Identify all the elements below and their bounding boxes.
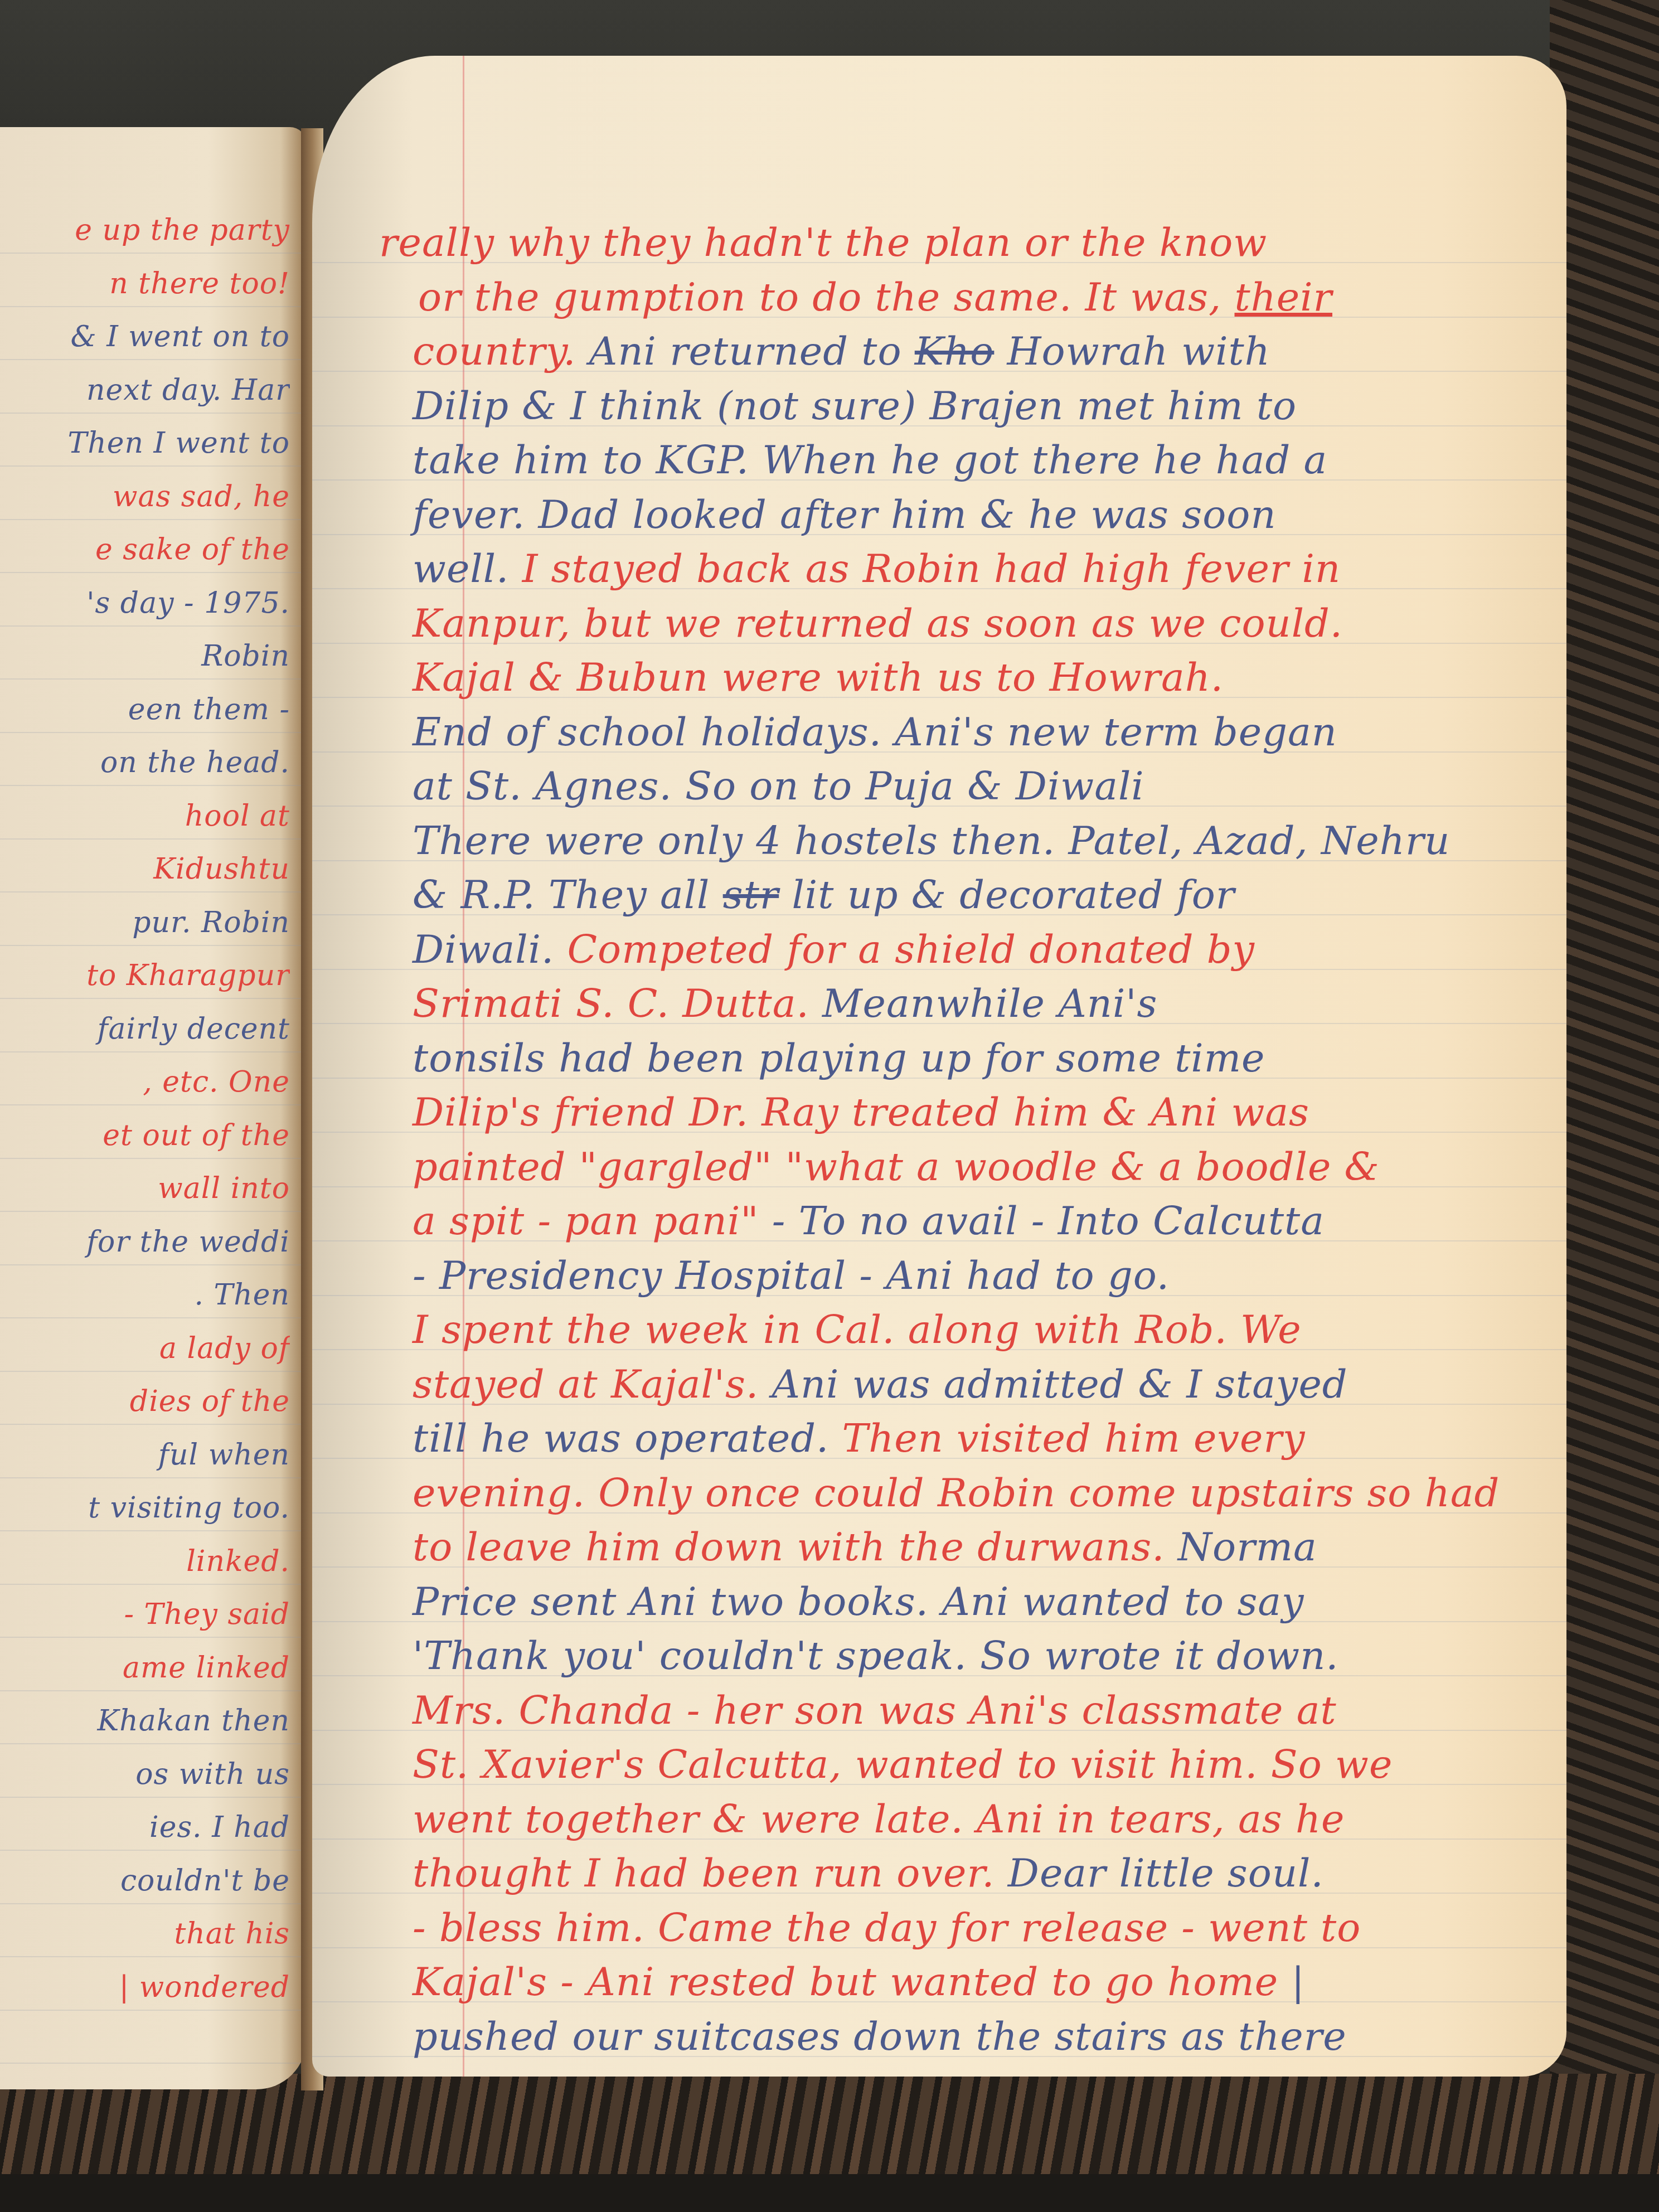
handwritten-line: - They said bbox=[0, 1598, 290, 1631]
blue-ink-text: take him to KGP. When he got there he ha… bbox=[413, 437, 1327, 483]
handwritten-line: thought I had been run over. Dear little… bbox=[413, 1848, 1555, 1898]
red-ink-text: Srimati S. C. Dutta. bbox=[413, 981, 822, 1026]
handwritten-line: wall into bbox=[0, 1172, 290, 1205]
handwritten-line: that his bbox=[0, 1917, 290, 1951]
handwritten-line: I spent the week in Cal. along with Rob.… bbox=[413, 1304, 1555, 1355]
ruled-line bbox=[0, 1530, 307, 1531]
blue-ink-text: | bbox=[1292, 1959, 1306, 2005]
handwritten-line: et out of the bbox=[0, 1119, 290, 1152]
handwritten-line: 'Thank you' couldn't speak. So wrote it … bbox=[413, 1631, 1555, 1681]
handwritten-line: was sad, he bbox=[0, 480, 290, 513]
handwritten-line: stayed at Kajal's. Ani was admitted & I … bbox=[413, 1359, 1555, 1409]
red-ink-text: evening. Only once could Robin come upst… bbox=[413, 1470, 1500, 1516]
ruled-line bbox=[0, 1584, 307, 1585]
handwritten-line: painted "gargled" "what a woodle & a boo… bbox=[413, 1142, 1555, 1192]
ruled-line bbox=[0, 1850, 307, 1851]
handwritten-line: a spit - pan pani" - To no avail - Into … bbox=[413, 1196, 1555, 1246]
handwritten-line: evening. Only once could Robin come upst… bbox=[413, 1468, 1555, 1518]
background-shadow bbox=[0, 2174, 1659, 2212]
handwritten-line: Kajal's - Ani rested but wanted to go ho… bbox=[413, 1957, 1555, 2007]
blue-ink-text: Howrah with bbox=[994, 328, 1270, 374]
ruled-line bbox=[0, 732, 307, 733]
blue-ink-text: fever. Dad looked after him & he was soo… bbox=[413, 492, 1277, 537]
ruled-line bbox=[0, 465, 307, 467]
red-ink-text: country. bbox=[413, 328, 589, 374]
ruled-line bbox=[0, 945, 307, 946]
handwritten-line: at St. Agnes. So on to Puja & Diwali bbox=[413, 761, 1555, 811]
red-ink-text: painted "gargled" "what a woodle & a boo… bbox=[413, 1144, 1380, 1190]
blue-ink-text: - Presidency Hospital - Ani had to go. bbox=[413, 1253, 1170, 1298]
handwritten-line: ame linked bbox=[0, 1651, 290, 1685]
handwritten-line: Srimati S. C. Dutta. Meanwhile Ani's bbox=[413, 978, 1555, 1029]
handwritten-line: take him to KGP. When he got there he ha… bbox=[413, 435, 1555, 485]
handwritten-line: or the gumption to do the same. It was, … bbox=[418, 272, 1561, 322]
handwritten-line: - Presidency Hospital - Ani had to go. bbox=[413, 1250, 1555, 1301]
handwritten-line: Then I went to bbox=[0, 426, 290, 460]
blue-ink-text: Dilip & I think (not sure) Brajen met hi… bbox=[413, 383, 1297, 429]
handwritten-line: Robin bbox=[0, 639, 290, 673]
red-ink-text: their bbox=[1235, 274, 1333, 320]
handwritten-line: , etc. One bbox=[0, 1065, 290, 1099]
handwritten-line: There were only 4 hostels then. Patel, A… bbox=[413, 816, 1555, 866]
handwritten-line: Kanpur, but we returned as soon as we co… bbox=[413, 598, 1555, 648]
blue-ink-text: str bbox=[723, 872, 779, 918]
blue-ink-text: & R.P. They all bbox=[413, 872, 723, 918]
handwritten-line: - bless him. Came the day for release - … bbox=[413, 1903, 1555, 1953]
ruled-line bbox=[0, 1051, 307, 1052]
handwritten-line: for the weddi bbox=[0, 1225, 290, 1259]
blue-ink-text: well. bbox=[413, 546, 522, 591]
ruled-line bbox=[0, 891, 307, 892]
ruled-line bbox=[0, 1424, 307, 1425]
red-ink-text: Competed for a shield donated by bbox=[567, 926, 1255, 972]
ruled-line bbox=[0, 2010, 307, 2011]
handwritten-line: tonsils had been playing up for some tim… bbox=[413, 1033, 1555, 1083]
handwritten-line: ful when bbox=[0, 1438, 290, 1472]
red-ink-text: to leave him down with the durwans. bbox=[413, 1524, 1178, 1570]
handwritten-line: . Then bbox=[0, 1278, 290, 1312]
ruled-line bbox=[0, 1158, 307, 1159]
ruled-line bbox=[0, 2063, 307, 2064]
handwritten-line: & I went on to bbox=[0, 320, 290, 353]
ruled-line bbox=[0, 678, 307, 680]
ruled-line bbox=[0, 838, 307, 840]
handwritten-line: Mrs. Chanda - her son was Ani's classmat… bbox=[413, 1685, 1555, 1735]
blue-ink-text: There were only 4 hostels then. Patel, A… bbox=[413, 818, 1450, 864]
handwritten-line: a lady of bbox=[0, 1332, 290, 1365]
red-ink-text: a spit - pan pani" bbox=[413, 1198, 772, 1244]
ruled-line bbox=[0, 1743, 307, 1744]
handwritten-line: e up the party bbox=[0, 214, 290, 247]
handwritten-line: Price sent Ani two books. Ani wanted to … bbox=[413, 1576, 1555, 1627]
handwritten-line: well. I stayed back as Robin had high fe… bbox=[413, 544, 1555, 594]
red-ink-text: or the gumption to do the same. It was, bbox=[418, 274, 1235, 320]
handwritten-line: os with us bbox=[0, 1758, 290, 1791]
ruled-line bbox=[0, 253, 307, 254]
ruled-line bbox=[0, 1690, 307, 1691]
ruled-line bbox=[0, 359, 307, 360]
blue-ink-text: Meanwhile Ani's bbox=[822, 981, 1158, 1026]
handwritten-line: End of school holidays. Ani's new term b… bbox=[413, 707, 1555, 757]
ruled-line bbox=[0, 785, 307, 786]
left-page: e up the partyn there too!& I went on to… bbox=[0, 127, 307, 2089]
ruled-line bbox=[0, 1211, 307, 1212]
red-ink-text: went together & were late. Ani in tears,… bbox=[413, 1796, 1345, 1842]
ruled-line bbox=[0, 1637, 307, 1638]
red-ink-text: really why they hadn't the plan or the k… bbox=[379, 220, 1267, 265]
blue-ink-text: Diwali. bbox=[413, 926, 567, 972]
handwritten-line: pushed our suitcases down the stairs as … bbox=[413, 2011, 1555, 2061]
handwritten-line: | wondered bbox=[0, 1971, 290, 2004]
ruled-line bbox=[0, 519, 307, 520]
handwritten-line: t visiting too. bbox=[0, 1491, 290, 1525]
handwritten-line: Diwali. Competed for a shield donated by bbox=[413, 924, 1555, 974]
handwritten-line: to leave him down with the durwans. Norm… bbox=[413, 1522, 1555, 1572]
ruled-line bbox=[0, 306, 307, 307]
ruled-line bbox=[0, 572, 307, 573]
blue-ink-text: till he was operated. bbox=[413, 1415, 842, 1461]
handwritten-line: linked. bbox=[0, 1545, 290, 1578]
red-ink-text: Kajal & Bubun were with us to Howrah. bbox=[413, 654, 1224, 700]
handwritten-line: dies of the bbox=[0, 1385, 290, 1418]
handwritten-line: een them - bbox=[0, 693, 290, 726]
blue-ink-text: lit up & decorated for bbox=[779, 872, 1235, 918]
handwritten-line: fever. Dad looked after him & he was soo… bbox=[413, 489, 1555, 540]
red-ink-text: Kajal's - Ani rested but wanted to go ho… bbox=[413, 1959, 1292, 2005]
handwritten-line: St. Xavier's Calcutta, wanted to visit h… bbox=[413, 1739, 1555, 1789]
handwritten-line: Khakan then bbox=[0, 1704, 290, 1738]
handwritten-line: fairly decent bbox=[0, 1012, 290, 1046]
handwritten-line: country. Ani returned to Kho Howrah with bbox=[413, 326, 1555, 376]
handwritten-line: Kajal & Bubun were with us to Howrah. bbox=[413, 652, 1555, 702]
handwritten-line: couldn't be bbox=[0, 1864, 290, 1898]
ruled-line bbox=[0, 625, 307, 627]
handwritten-line: 's day - 1975. bbox=[0, 586, 290, 620]
ruled-line bbox=[0, 1903, 307, 1904]
ruled-line bbox=[0, 1371, 307, 1372]
blue-ink-text: 'Thank you' couldn't speak. So wrote it … bbox=[413, 1633, 1339, 1679]
handwritten-line: ies. I had bbox=[0, 1811, 290, 1844]
handwritten-line: n there too! bbox=[0, 267, 290, 300]
red-ink-text: Kanpur, but we returned as soon as we co… bbox=[413, 600, 1343, 646]
blue-ink-text: tonsils had been playing up for some tim… bbox=[413, 1035, 1265, 1081]
red-ink-text: thought I had been run over. bbox=[413, 1850, 1008, 1896]
blue-ink-text: Norma bbox=[1178, 1524, 1317, 1570]
red-ink-text: Dilip's friend Dr. Ray treated him & Ani… bbox=[413, 1089, 1309, 1135]
red-ink-text: St. Xavier's Calcutta, wanted to visit h… bbox=[413, 1742, 1393, 1787]
ruled-line bbox=[0, 1317, 307, 1318]
handwritten-line: on the head. bbox=[0, 746, 290, 779]
blue-ink-text: Ani was admitted & I stayed bbox=[772, 1361, 1347, 1407]
blue-ink-text: pushed our suitcases down the stairs as … bbox=[413, 2014, 1347, 2059]
red-ink-text: stayed at Kajal's. bbox=[413, 1361, 772, 1407]
ruled-line bbox=[0, 998, 307, 999]
handwritten-line: Dilip & I think (not sure) Brajen met hi… bbox=[413, 381, 1555, 431]
handwritten-line: hool at bbox=[0, 799, 290, 833]
blue-ink-text: Dear little soul. bbox=[1008, 1850, 1324, 1896]
red-ink-text: I spent the week in Cal. along with Rob.… bbox=[413, 1307, 1302, 1352]
handwritten-line: Dilip's friend Dr. Ray treated him & Ani… bbox=[413, 1087, 1555, 1137]
red-ink-text: Mrs. Chanda - her son was Ani's classmat… bbox=[413, 1687, 1337, 1733]
handwritten-line: really why they hadn't the plan or the k… bbox=[379, 217, 1522, 268]
handwritten-line: next day. Har bbox=[0, 373, 290, 407]
red-ink-text: I stayed back as Robin had high fever in bbox=[522, 546, 1341, 591]
red-ink-text: - bless him. Came the day for release - … bbox=[413, 1905, 1361, 1951]
blue-ink-text: Kho bbox=[915, 328, 995, 374]
blue-ink-text: - To no avail - Into Calcutta bbox=[772, 1198, 1325, 1244]
handwritten-line: & R.P. They all str lit up & decorated f… bbox=[413, 870, 1555, 920]
blue-ink-text: Ani returned to bbox=[589, 328, 915, 374]
red-ink-text: Then visited him every bbox=[842, 1415, 1306, 1461]
ruled-line bbox=[0, 1477, 307, 1478]
handwritten-line: till he was operated. Then visited him e… bbox=[413, 1413, 1555, 1463]
ruled-line bbox=[0, 1104, 307, 1105]
ruled-line bbox=[0, 1797, 307, 1798]
handwritten-line: went together & were late. Ani in tears,… bbox=[413, 1794, 1555, 1844]
blue-ink-text: Price sent Ani two books. Ani wanted to … bbox=[413, 1579, 1304, 1624]
handwritten-line: pur. Robin bbox=[0, 906, 290, 939]
blue-ink-text: at St. Agnes. So on to Puja & Diwali bbox=[413, 763, 1144, 809]
blue-ink-text: End of school holidays. Ani's new term b… bbox=[413, 709, 1337, 755]
ruled-line bbox=[0, 1264, 307, 1265]
handwritten-line: Kidushtu bbox=[0, 852, 290, 886]
right-page: really why they hadn't the plan or the k… bbox=[312, 56, 1566, 2077]
ruled-line bbox=[0, 1956, 307, 1957]
handwritten-line: e sake of the bbox=[0, 533, 290, 566]
handwritten-line: to Kharagpur bbox=[0, 959, 290, 992]
ruled-line bbox=[0, 413, 307, 414]
